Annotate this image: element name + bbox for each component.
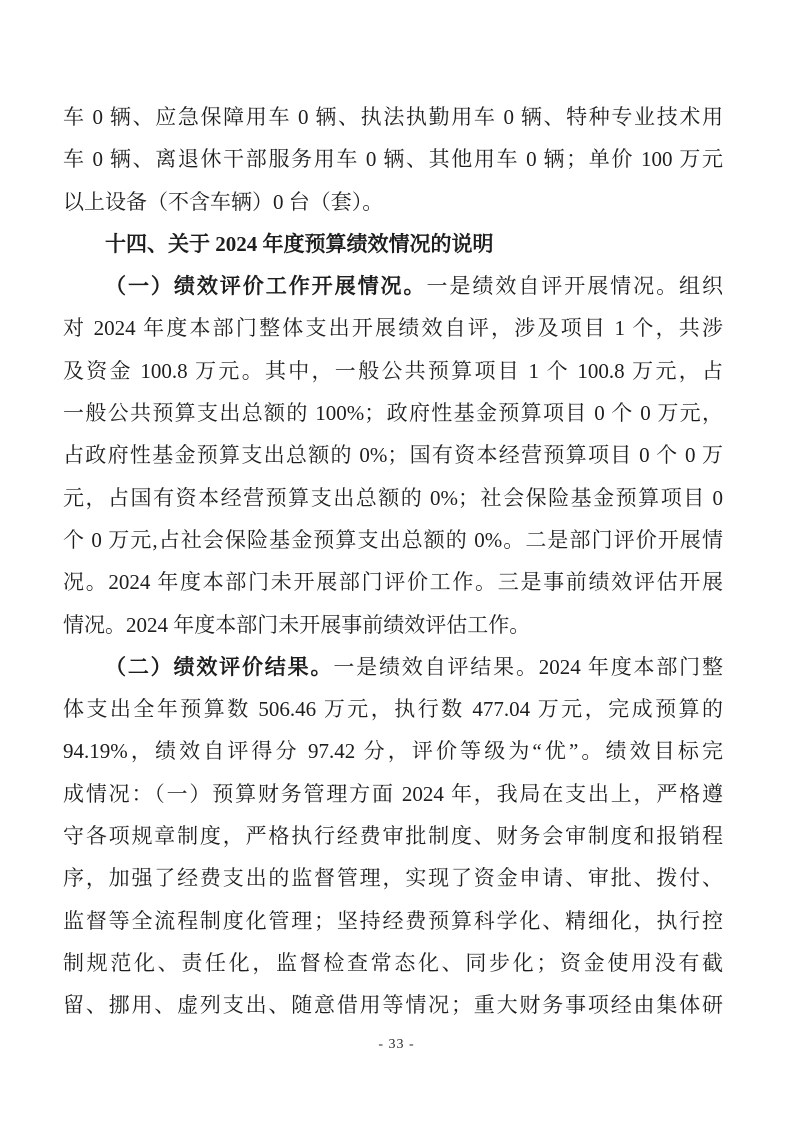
document-page: 车 0 辆、应急保障用车 0 辆、执法执勤用车 0 辆、特种专业技术用 车 0 … <box>0 0 793 1122</box>
line-text: 一是绩效自评开展情况。组织 <box>426 274 723 298</box>
text-line: 序，加强了经费支出的监督管理，实现了资金申请、审批、拨付、 <box>63 857 723 899</box>
text-line: 制规范化、责任化，监督检查常态化、同步化；资金使用没有截 <box>63 942 723 984</box>
paragraph-evaluation-work: （一）绩效评价工作开展情况。一是绩效自评开展情况。组织 对 2024 年度本部门… <box>63 265 723 646</box>
page-number: - 33 - <box>0 1037 793 1053</box>
text-line: 对 2024 年度本部门整体支出开展绩效自评，涉及项目 1 个，共涉 <box>63 307 723 349</box>
bold-lead: （一）绩效评价工作开展情况。 <box>105 274 426 298</box>
text-line: 以上设备（不含车辆）0 台（套）。 <box>63 181 723 223</box>
text-line: （二）绩效评价结果。一是绩效自评结果。2024 年度本部门整 <box>63 646 723 688</box>
text-line: 情况。2024 年度本部门未开展事前绩效评估工作。 <box>63 604 723 646</box>
text-line: 一般公共预算支出总额的 100%；政府性基金预算项目 0 个 0 万元， <box>63 392 723 434</box>
line-text: 一是绩效自评结果。2024 年度本部门整 <box>333 655 723 679</box>
paragraph-evaluation-results: （二）绩效评价结果。一是绩效自评结果。2024 年度本部门整 体支出全年预算数 … <box>63 646 723 1027</box>
text-line: 况。2024 年度本部门未开展部门评价工作。三是事前绩效评估开展 <box>63 561 723 603</box>
text-line: 占政府性基金预算支出总额的 0%；国有资本经营预算项目 0 个 0 万 <box>63 434 723 476</box>
section-heading: 十四、关于 2024 年度预算绩效情况的说明 <box>63 223 723 265</box>
text-line: （一）绩效评价工作开展情况。一是绩效自评开展情况。组织 <box>63 265 723 307</box>
text-line: 成情况：（一）预算财务管理方面 2024 年，我局在支出上，严格遵 <box>63 773 723 815</box>
text-line: 94.19%，绩效自评得分 97.42 分，评价等级为“优”。绩效目标完 <box>63 730 723 772</box>
text-line: 个 0 万元,占社会保险基金预算支出总额的 0%。二是部门评价开展情 <box>63 519 723 561</box>
text-line: 体支出全年预算数 506.46 万元，执行数 477.04 万元，完成预算的 <box>63 688 723 730</box>
text-line: 监督等全流程制度化管理；坚持经费预算科学化、精细化，执行控 <box>63 900 723 942</box>
text-line: 留、挪用、虚列支出、随意借用等情况；重大财务事项经由集体研 <box>63 984 723 1026</box>
text-line: 及资金 100.8 万元。其中，一般公共预算项目 1 个 100.8 万元，占 <box>63 350 723 392</box>
text-line: 元，占国有资本经营预算支出总额的 0%；社会保险基金预算项目 0 <box>63 477 723 519</box>
text-line: 守各项规章制度，严格执行经费审批制度、财务会审制度和报销程 <box>63 815 723 857</box>
paragraph-vehicles: 车 0 辆、应急保障用车 0 辆、执法执勤用车 0 辆、特种专业技术用 车 0 … <box>63 96 723 223</box>
text-line: 车 0 辆、离退休干部服务用车 0 辆、其他用车 0 辆；单价 100 万元 <box>63 138 723 180</box>
bold-lead: （二）绩效评价结果。 <box>105 655 333 679</box>
text-line: 车 0 辆、应急保障用车 0 辆、执法执勤用车 0 辆、特种专业技术用 <box>63 96 723 138</box>
page-body-text: 车 0 辆、应急保障用车 0 辆、执法执勤用车 0 辆、特种专业技术用 车 0 … <box>63 96 723 1027</box>
